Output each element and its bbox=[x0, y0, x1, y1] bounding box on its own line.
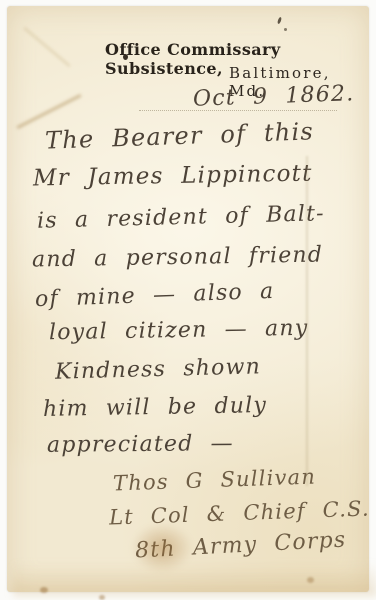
ink-speck bbox=[284, 28, 287, 31]
body-line: is a resident of Balt- bbox=[37, 201, 325, 234]
body-line: Mr James Lippincott bbox=[33, 161, 313, 192]
crease-mark bbox=[23, 27, 70, 67]
body-line: The Bearer of this bbox=[45, 117, 315, 154]
body-line: and a personal friend bbox=[32, 242, 324, 272]
stain-bottom-edge bbox=[13, 562, 376, 596]
ink-speck bbox=[277, 17, 282, 25]
foxing-spot bbox=[40, 587, 48, 593]
scanned-letter-page: { "letterhead": { "office_line": "Office… bbox=[0, 0, 376, 600]
body-line: of mine — also a bbox=[35, 279, 275, 312]
crease-mark bbox=[16, 94, 82, 129]
body-line: appreciated — bbox=[47, 431, 234, 458]
signature-corps-line: 8th Army Corps bbox=[134, 527, 346, 563]
body-line: Kindness shown bbox=[55, 354, 262, 384]
body-line: him will be duly bbox=[43, 393, 267, 422]
signature-rank-line: Lt Col & Chief C.S. bbox=[109, 496, 371, 529]
body-line: loyal citizen — any bbox=[49, 316, 309, 346]
foxing-spot bbox=[307, 577, 314, 583]
signature-name-line: Thos G Sullivan bbox=[113, 464, 317, 495]
date-line: Oct 9 1862. bbox=[193, 81, 355, 112]
foxing-spot bbox=[99, 595, 105, 600]
letter-paper: Office Commissary Subsistence, Baltimore… bbox=[7, 6, 369, 592]
